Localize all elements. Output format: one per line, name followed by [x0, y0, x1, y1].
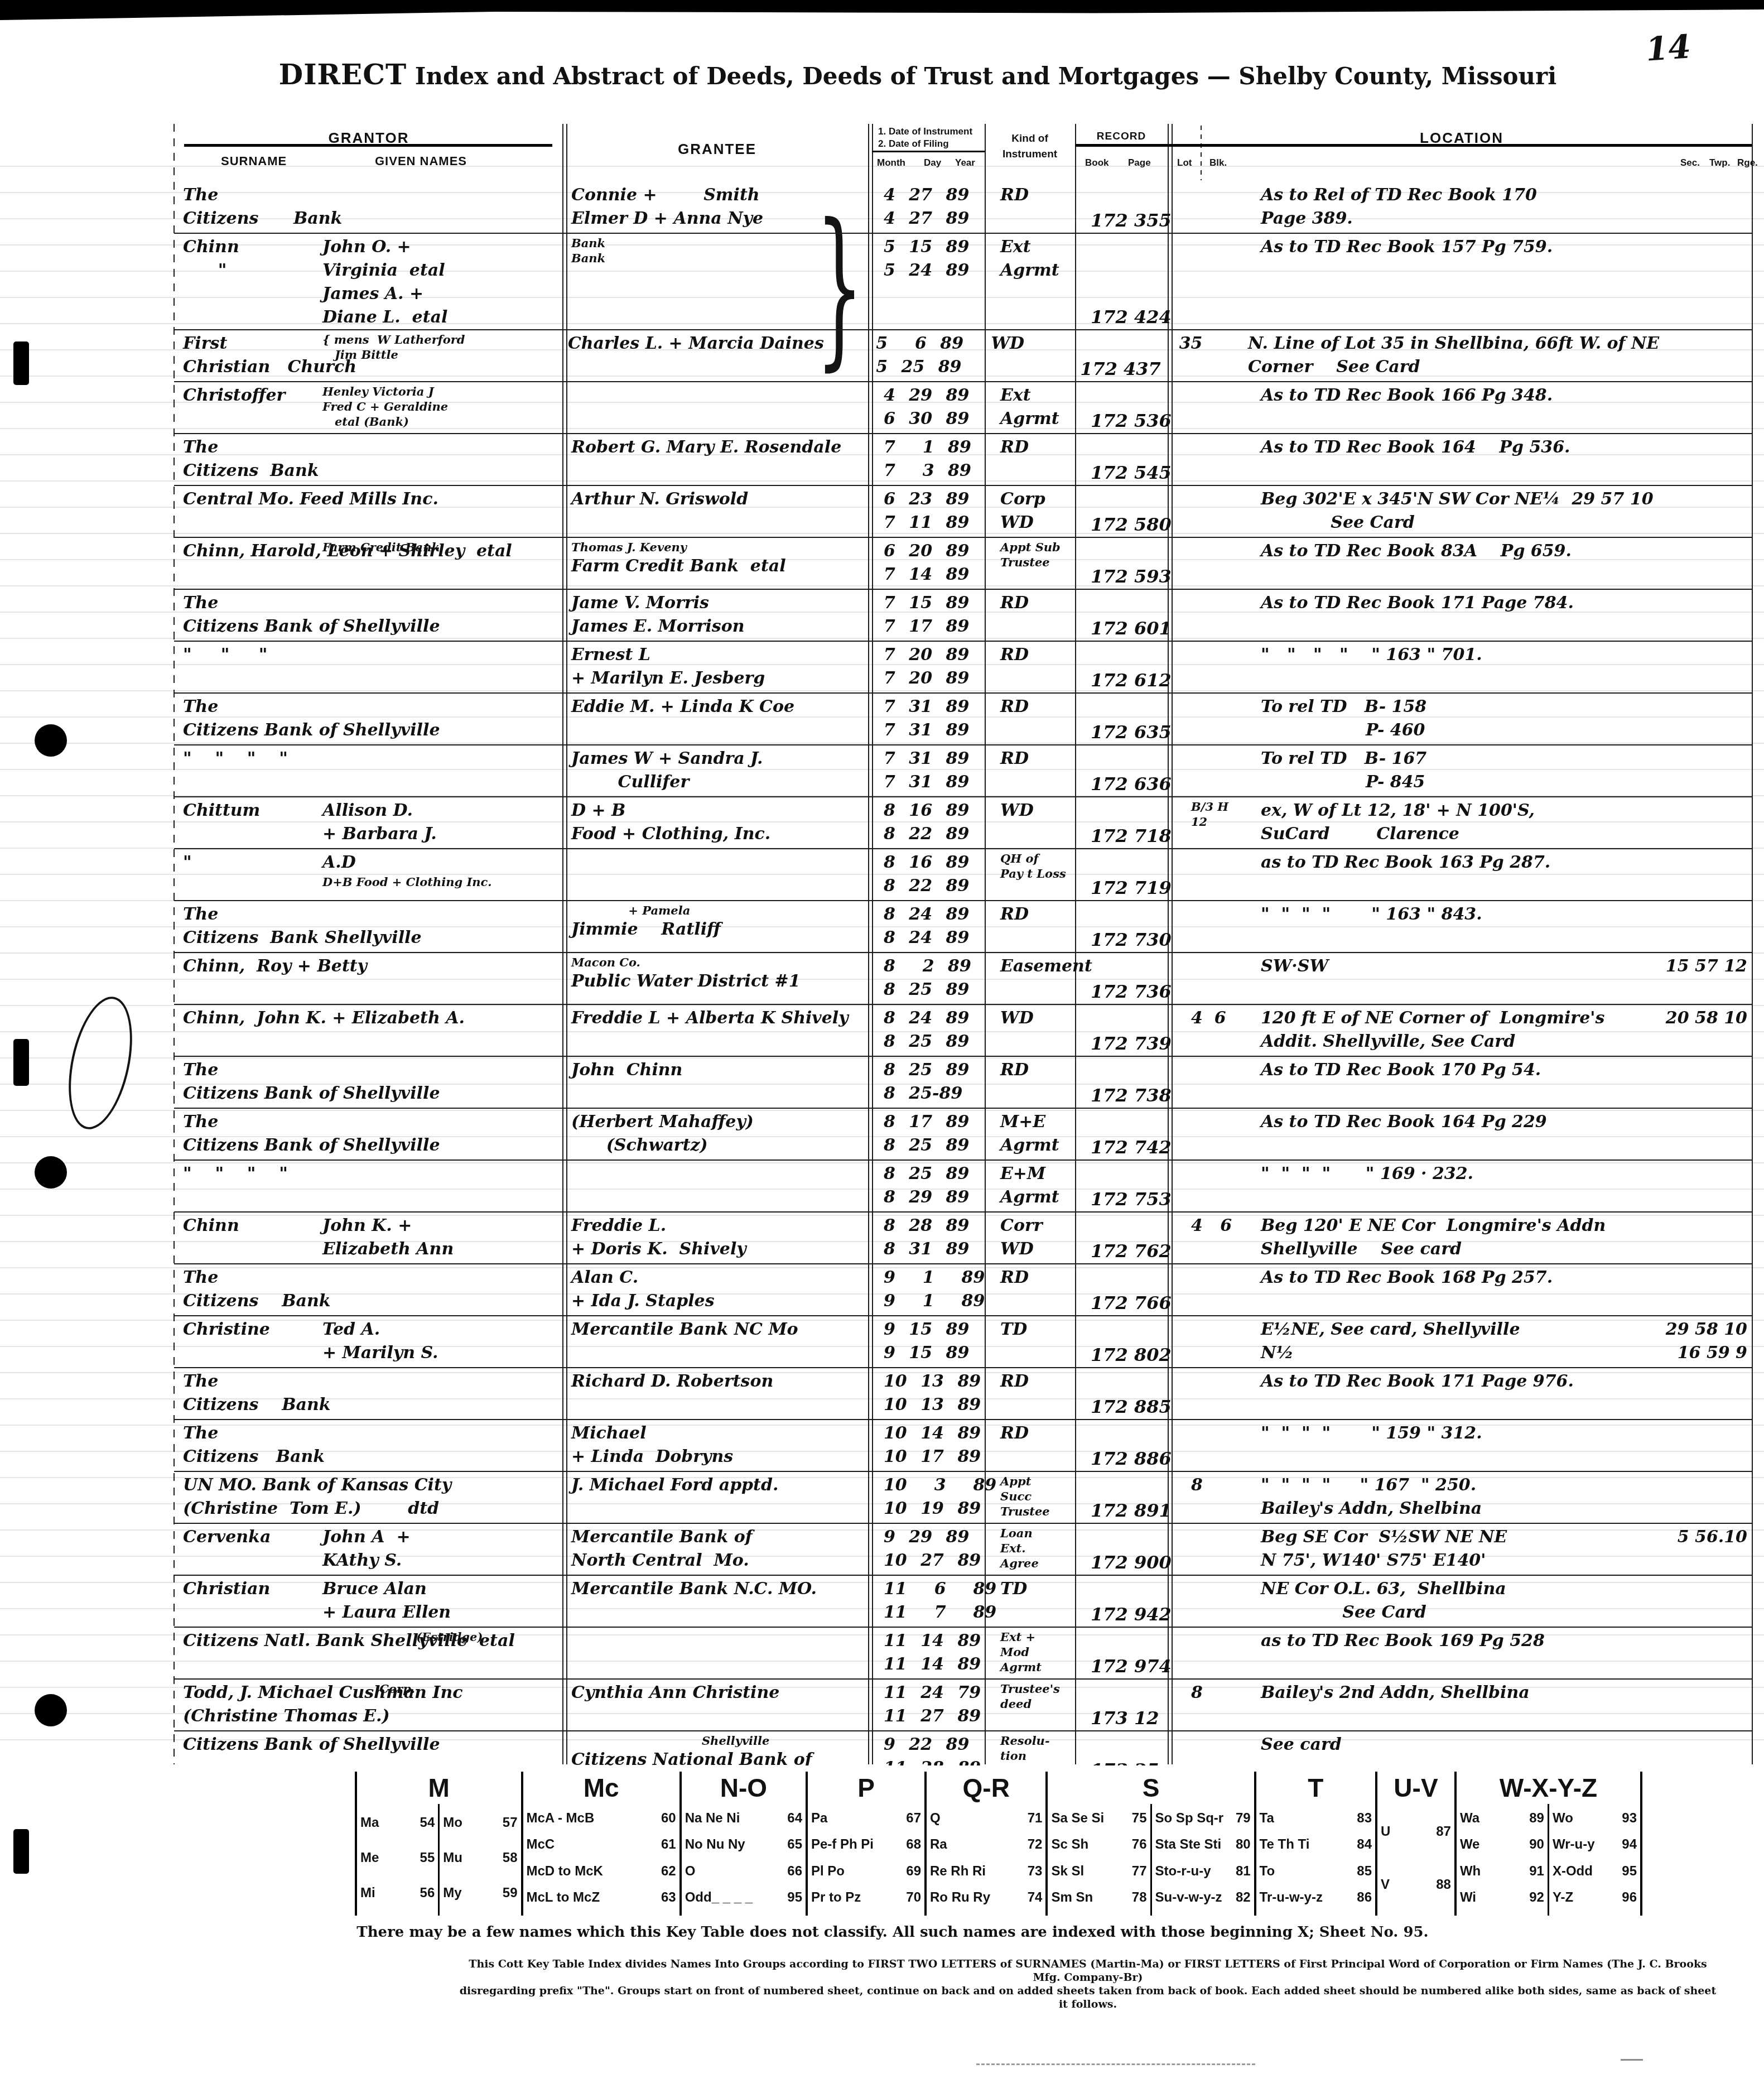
handwritten-line: RD: [1000, 184, 1091, 207]
entry-gr-cell: Freddie L + Alberta K Shively: [568, 1007, 877, 1056]
entry-sur-cell: Chittum: [174, 799, 322, 848]
entry-bk-cell: 172 730: [1091, 903, 1185, 952]
entry-kd-cell: Resolu-tion: [998, 1733, 1091, 1765]
entry-gr-cell: (Herbert Mahaffey) (Schwartz): [568, 1110, 877, 1160]
handwritten-line: 9 29 89: [884, 1526, 998, 1549]
key-range-label: Y-Z: [1553, 1890, 1573, 1906]
key-range-label: Wh: [1460, 1864, 1481, 1879]
handwritten-line: Macon Co.: [571, 955, 877, 970]
ledger-entry: Central Mo. Feed Mills Inc.Arthur N. Gri…: [174, 486, 1752, 538]
handwritten-line: + Barbara J.: [322, 822, 568, 846]
record-book-page: 172 355: [1091, 209, 1172, 232]
entry-lot-cell: [1185, 1629, 1261, 1678]
entry-bk-cell: 172 536: [1091, 384, 1185, 433]
record-book-page: 172 719: [1091, 877, 1172, 899]
key-range-row: Sc Sh76: [1051, 1837, 1146, 1853]
key-group-N-O: N-ONa Ne Ni64No Nu Ny65O66Odd_ _ _ _95: [679, 1772, 806, 1916]
entry-dt-cell: 8 25 898 25-89: [877, 1059, 998, 1108]
entry-giv-cell: [322, 695, 568, 744]
handwritten-line: As to TD Rec Book 157 Pg 759.: [1261, 235, 1658, 259]
handwritten-line: Citizens Bank: [183, 459, 322, 483]
key-range-row: Wa89: [1460, 1811, 1544, 1826]
handwritten-line: Cullifer: [571, 771, 877, 794]
handwritten-line: + Doris K. Shively: [571, 1238, 877, 1261]
handwritten-line: 8 2 89: [884, 955, 998, 978]
key-subcolumn: McA - McB60McC61McD to McK62McL to McZ63: [523, 1804, 679, 1916]
entry-kd-cell: RD: [998, 1370, 1091, 1419]
key-sheet-number: 79: [1236, 1811, 1251, 1826]
entry-gr-cell: James W + Sandra J. Cullifer: [568, 747, 877, 796]
entry-sur-cell: TheCitizens Bank Shellyville: [174, 903, 322, 952]
title-direct: DIRECT: [279, 58, 407, 91]
ledger-entry: ChristineTed A.+ Marilyn S.Mercantile Ba…: [174, 1316, 1752, 1368]
handwritten-line: WD: [1000, 1007, 1091, 1030]
fine-print-line2: disregarding prefix "The". Groups start …: [457, 1984, 1718, 2011]
handwritten-line: Ernest L: [571, 643, 877, 667]
col-header-given-names: GIVEN NAMES: [375, 154, 467, 169]
handwritten-line: 4 27 89: [884, 207, 998, 230]
key-group-S: SSa Se Si75Sc Sh76Sk Sl77Sm Sn78So Sp Sq…: [1045, 1772, 1254, 1916]
entry-loc-cell: " " " " " 163 " 701.: [1261, 643, 1658, 692]
entry-loc-cell: To rel TD B- 167 P- 845: [1261, 747, 1658, 796]
ledger-entry: " " " "8 25 898 29 89E+MAgrmt172 753" " …: [174, 1161, 1752, 1213]
key-sheet-number: 95: [1622, 1864, 1637, 1879]
handwritten-line: 8 25 89: [884, 978, 998, 1002]
handwritten-line: QH of: [1000, 851, 1091, 866]
entry-kd-cell: RD: [998, 695, 1091, 744]
entry-giv-cell: [322, 1110, 568, 1160]
handwritten-line: D + B: [571, 799, 877, 822]
key-range-row: Wo93: [1553, 1811, 1637, 1826]
entry-lot-cell: [1185, 591, 1261, 641]
key-range-row: Wi92: [1460, 1890, 1544, 1906]
entry-dt-cell: 4 29 896 30 89: [877, 384, 998, 433]
handwritten-line: Ext: [1000, 235, 1091, 259]
entry-bk-cell: 172 736: [1091, 955, 1185, 1004]
entry-sur-cell: TheCitizens Bank: [174, 1370, 322, 1419]
key-group-body: Pa67Pe-f Ph Pi68Pl Po69Pr to Pz70: [808, 1804, 924, 1916]
key-range-label: X-Odd: [1553, 1864, 1593, 1879]
ledger-entry: ChinnJohn K. +Elizabeth AnnFreddie L.+ D…: [174, 1213, 1752, 1264]
entry-gr-cell: Eddie M. + Linda K Coe: [568, 695, 877, 744]
handwritten-line: 8 16 89: [884, 851, 998, 874]
key-sheet-number: 75: [1132, 1811, 1147, 1826]
key-group-title: S: [1048, 1772, 1254, 1804]
handwritten-line: Appt: [1000, 1474, 1091, 1489]
entry-sur-cell: " " " ": [174, 1162, 322, 1211]
key-range-label: McD to McK: [527, 1864, 603, 1879]
entry-gr-cell: + PamelaJimmie Ratliff: [568, 903, 877, 952]
key-sheet-number: 65: [787, 1837, 802, 1853]
entry-bk-cell: 172 601: [1091, 591, 1185, 641]
handwritten-line: Mercantile Bank N.C. MO.: [571, 1577, 877, 1601]
handwritten-line: Christoffer: [183, 384, 322, 407]
ledger-rows: TheCitizens BankConnie + SmithElmer D + …: [174, 182, 1752, 1765]
entry-bk-cell: 173 12: [1091, 1681, 1185, 1730]
handwritten-line: James A. +: [322, 282, 568, 306]
key-sheet-number: 63: [661, 1890, 676, 1906]
key-range-row: O66: [685, 1864, 802, 1879]
handwritten-line: To rel TD B- 158: [1261, 695, 1658, 719]
key-range-row: McL to McZ63: [527, 1890, 676, 1906]
entry-sur-cell: UN MO. Bank of Kansas City(Christine Tom…: [174, 1474, 322, 1523]
entry-sec-cell: [1658, 1266, 1752, 1315]
key-sheet-number: 89: [1529, 1811, 1544, 1826]
handwritten-line: Arthur N. Griswold: [571, 488, 877, 511]
handwritten-line: Appt Sub: [1000, 540, 1091, 555]
handwritten-line: Citizens Bank of Shellyville: [183, 1733, 322, 1757]
entry-dt-cell: 11 24 7911 27 89: [877, 1681, 998, 1730]
handwritten-line: Jimmie Ratliff: [571, 918, 877, 941]
handwritten-line: 10 13 89: [884, 1393, 998, 1417]
key-range-label: Sk Sl: [1051, 1864, 1084, 1879]
key-group-title: Q-R: [927, 1772, 1045, 1804]
entry-kd-cell: Appt SubTrustee: [998, 540, 1091, 589]
entry-sur-cell: Citizens Natl. Bank Shellyville etal: [174, 1629, 322, 1678]
handwritten-line: 10 3 89: [884, 1474, 998, 1497]
entry-sur-cell: " " " ": [174, 747, 322, 796]
key-sheet-number: 87: [1436, 1824, 1451, 1840]
entry-dt-cell: 6 23 897 11 89: [877, 488, 998, 537]
handwritten-line: TD: [1000, 1577, 1091, 1601]
key-range-label: Wr-u-y: [1553, 1837, 1595, 1853]
handwritten-line: Diane L. etal: [322, 306, 568, 329]
handwritten-line: Charles L. + Marcia Daines: [568, 332, 869, 355]
handwritten-line: 9 15 89: [884, 1318, 998, 1341]
entry-sur-cell: Christoffer: [174, 384, 322, 433]
entry-dt-cell: 9 29 8910 27 89: [877, 1526, 998, 1575]
handwritten-line: Public Water District #1: [571, 970, 877, 993]
entry-dt-cell: 5 6 895 25 89: [869, 332, 989, 381]
key-range-label: Mu: [443, 1850, 462, 1866]
handwritten-line: John O. +: [322, 235, 568, 259]
ledger-entry: ChristofferHenley Victoria JFred C + Ger…: [174, 382, 1752, 434]
entry-lot-cell: 4 6: [1185, 1214, 1261, 1263]
entry-bk-cell: 172 545: [1091, 436, 1185, 485]
key-sheet-number: 68: [906, 1837, 921, 1853]
key-range-row: Ra72: [930, 1837, 1042, 1853]
key-sheet-number: 83: [1357, 1811, 1372, 1826]
record-book-page: 172 424: [1091, 306, 1172, 328]
handwritten-line: Agree: [1000, 1556, 1091, 1571]
handwritten-line: Jim Bittle: [322, 347, 565, 362]
key-range-row: Q71: [930, 1811, 1042, 1826]
entry-bk-cell: 172 738: [1091, 1059, 1185, 1108]
handwritten-line: " " " " " 167 " 250.: [1261, 1474, 1658, 1497]
entry-loc-cell: " " " " " 169 · 232.: [1261, 1162, 1658, 1211]
handwritten-line: Henley Victoria J: [322, 384, 568, 399]
handwritten-line: 7 31 89: [884, 695, 998, 719]
entry-kd-cell: CorpWD: [998, 488, 1091, 537]
key-range-label: Sta Ste Sti: [1155, 1837, 1222, 1853]
entry-dt-cell: 7 31 897 31 89: [877, 747, 998, 796]
entry-sec-cell: 20 58 10: [1658, 1007, 1752, 1056]
handwritten-line: Citizens Bank of Shellyville: [183, 1082, 322, 1105]
key-sheet-number: 58: [503, 1850, 518, 1866]
handwritten-line: Beg 120' E NE Cor Longmire's Addn: [1261, 1214, 1658, 1238]
handwritten-line: Agrmt: [1000, 1186, 1091, 1209]
record-book-page: 172 736: [1091, 980, 1172, 1003]
handwritten-line: Central Mo. Feed Mills Inc.: [183, 488, 322, 511]
col-header-lot: Lot: [1177, 157, 1192, 169]
entry-dt-cell: 8 16 898 22 89: [877, 851, 998, 900]
key-range-label: Mo: [443, 1815, 462, 1831]
handwritten-line: NE Cor O.L. 63, Shellbina: [1261, 1577, 1658, 1601]
handwritten-line: RD: [1000, 747, 1091, 771]
entry-kd-cell: Ext +ModAgrmt: [998, 1629, 1091, 1678]
entry-loc-cell: " " " " " 163 " 843.: [1261, 903, 1658, 952]
handwritten-line: Corner See Card: [1248, 355, 1659, 379]
handwritten-line: etal (Bank): [322, 414, 568, 429]
fine-print: This Cott Key Table Index divides Names …: [457, 1957, 1718, 2011]
handwritten-line: 9 1 89: [884, 1266, 998, 1290]
key-range-row: Te Th Ti84: [1260, 1837, 1372, 1853]
key-sheet-number: 54: [420, 1815, 435, 1831]
key-range-row: Pl Po69: [811, 1864, 921, 1879]
entry-giv-cell: [322, 436, 568, 485]
entry-sec-cell: [1658, 851, 1752, 900]
entry-sur-cell: TheCitizens Bank: [174, 1266, 322, 1315]
entry-sur-cell: TheCitizens Bank of Shellyville: [174, 591, 322, 641]
handwritten-line: As to TD Rec Book 168 Pg 257.: [1261, 1266, 1658, 1290]
entry-giv-cell: Henley Victoria JFred C + Geraldine etal…: [322, 384, 568, 433]
entry-bk-cell: 172 739: [1091, 1007, 1185, 1056]
key-group-body: Na Ne Ni64No Nu Ny65O66Odd_ _ _ _95: [682, 1804, 806, 1916]
entry-sec-cell: [1658, 540, 1752, 589]
handwritten-line: Christian: [183, 1577, 322, 1601]
entry-bk-cell: 172 612: [1091, 643, 1185, 692]
col-header-blk: Blk.: [1209, 157, 1227, 169]
handwritten-line: + Marilyn S.: [322, 1341, 568, 1365]
entry-giv-cell: [322, 1370, 568, 1419]
key-range-row: McD to McK62: [527, 1864, 676, 1879]
entry-gr-cell: Jame V. MorrisJames E. Morrison: [568, 591, 877, 641]
entry-dt-cell: 6 20 897 14 89: [877, 540, 998, 589]
entry-gr-cell: Michael+ Linda Dobryns: [568, 1422, 877, 1471]
entry-sec-cell: [1658, 1681, 1752, 1730]
ledger-entry: Chinn, Harold, Leon + Shirley etalFarm C…: [174, 538, 1752, 590]
entry-dt-cell: 9 1 899 1 89: [877, 1266, 998, 1315]
handwritten-line: 8 17 89: [884, 1110, 998, 1134]
key-group-body: Wa89We90Wh91Wi92Wo93Wr-u-y94X-Odd95Y-Z96: [1457, 1804, 1640, 1916]
handwritten-line: The: [183, 1059, 322, 1082]
entry-lot-cell: [1185, 1526, 1261, 1575]
handwritten-line: + Laura Ellen: [322, 1601, 568, 1624]
entry-gr-cell: ShellyvilleCitizens National Bank of: [568, 1733, 877, 1765]
entry-gr-cell: BankBank: [568, 235, 877, 329]
entry-bk-cell: 172 437: [1080, 332, 1174, 381]
title-rest: Index and Abstract of Deeds, Deeds of Tr…: [407, 62, 1556, 90]
key-range-row: U87: [1381, 1824, 1451, 1840]
entry-gr-cell: Ernest L+ Marilyn E. Jesberg: [568, 643, 877, 692]
binder-mark: [13, 1829, 29, 1874]
handwritten-line: " " " ": [183, 1162, 322, 1186]
key-range-label: Sa Se Si: [1051, 1811, 1104, 1826]
entry-loc-cell: As to Rel of TD Rec Book 170Page 389.: [1261, 184, 1658, 233]
key-subcolumn: Ma54Me55Mi56: [357, 1804, 438, 1916]
entry-lot-cell: [1185, 184, 1261, 233]
handwritten-line: 4 6: [1191, 1214, 1261, 1238]
entry-lot-cell: 4 6: [1185, 1007, 1261, 1056]
key-range-label: We: [1460, 1837, 1480, 1853]
entry-loc-cell: as to TD Rec Book 163 Pg 287.: [1261, 851, 1658, 900]
entry-lot-cell: [1185, 643, 1261, 692]
entry-lot-cell: [1185, 488, 1261, 537]
entry-sec-cell: [1658, 1214, 1752, 1263]
handwritten-line: Agrmt: [1000, 1134, 1091, 1157]
header-underline: [872, 151, 985, 152]
handwritten-line: Freddie L + Alberta K Shively: [571, 1007, 877, 1030]
entry-sur-cell: TheCitizens Bank: [174, 184, 322, 233]
handwritten-line: N 75', W140' S75' E140': [1261, 1549, 1658, 1572]
handwritten-line: 4 6: [1191, 1007, 1261, 1030]
entry-sec-cell: [1658, 184, 1752, 233]
col-header-grantee: GRANTEE: [566, 141, 868, 158]
entry-gr-cell: D + BFood + Clothing, Inc.: [568, 799, 877, 848]
handwritten-line: Bailey's Addn, Shelbina: [1261, 1497, 1658, 1521]
entry-lot-cell: 35: [1174, 332, 1248, 381]
entry-gr-cell: Charles L. + Marcia Daines: [565, 332, 869, 381]
entry-kd-cell: E+MAgrmt: [998, 1162, 1091, 1211]
entry-kd-cell: RD: [998, 436, 1091, 485]
key-subcolumn: So Sp Sq-r79Sta Ste Sti80Sto-r-u-y81Su-v…: [1150, 1804, 1254, 1916]
entry-loc-cell: As to TD Rec Book 171 Page 784.: [1261, 591, 1658, 641]
handwritten-line: 7 11 89: [884, 511, 998, 535]
key-range-row: Sta Ste Sti80: [1155, 1837, 1251, 1853]
entry-bk-cell: 172 718: [1091, 799, 1185, 848]
record-book-page: 172 886: [1091, 1447, 1172, 1470]
entry-giv-cell: [322, 1733, 568, 1765]
handwritten-line: Christine: [183, 1318, 322, 1341]
handwritten-line: 8 22 89: [884, 874, 998, 898]
key-range-row: Pr to Pz70: [811, 1890, 921, 1906]
entry-lot-cell: [1185, 436, 1261, 485]
key-range-row: Me55: [360, 1850, 435, 1866]
entry-dt-cell: 7 15 897 17 89: [877, 591, 998, 641]
key-range-label: So Sp Sq-r: [1155, 1811, 1224, 1826]
entry-sec-cell: [1658, 436, 1752, 485]
key-group-title: W-X-Y-Z: [1457, 1772, 1640, 1804]
key-group-Mc: McMcA - McB60McC61McD to McK62McL to McZ…: [521, 1772, 679, 1916]
key-range-label: Ma: [360, 1815, 379, 1831]
record-book-page: 172 718: [1091, 825, 1172, 847]
entry-sec-cell: [1658, 488, 1752, 537]
handwritten-line: Christian Church: [183, 355, 322, 379]
key-range-row: Sm Sn78: [1051, 1890, 1146, 1906]
entry-dt-cell: 9 15 899 15 89: [877, 1318, 998, 1367]
key-sheet-number: 96: [1622, 1890, 1637, 1906]
ledger-entry: " " "Ernest L+ Marilyn E. Jesberg7 20 89…: [174, 642, 1752, 694]
entry-sur-cell: Cervenka: [174, 1526, 322, 1575]
ledger-entry: Citizens Natl. Bank Shellyville etal (Es…: [174, 1628, 1752, 1680]
handwritten-line: RD: [1000, 1266, 1091, 1290]
key-sheet-number: 78: [1132, 1890, 1147, 1906]
entry-sur-cell: TheCitizens Bank: [174, 436, 322, 485]
key-range-row: McA - McB60: [527, 1811, 676, 1826]
key-range-label: Mi: [360, 1885, 375, 1901]
entry-lot-cell: [1185, 1422, 1261, 1471]
entry-sec-cell: [1658, 1577, 1752, 1627]
key-range-row: V88: [1381, 1877, 1451, 1893]
handwritten-line: RD: [1000, 643, 1091, 667]
entry-sec-cell: [1658, 747, 1752, 796]
record-book-page: 173 12: [1091, 1707, 1159, 1729]
entry-sur-cell: ": [174, 851, 322, 900]
entry-kd-cell: QH ofPay t Loss: [998, 851, 1091, 900]
key-subcolumn: Ta83Te Th Ti84To85Tr-u-w-y-z86: [1256, 1804, 1375, 1916]
entry-kd-cell: ExtAgrmt: [998, 235, 1091, 329]
handwritten-line: RD: [1000, 436, 1091, 459]
handwritten-line: As to TD Rec Book 164 Pg 536.: [1261, 436, 1658, 459]
key-group-body: Sa Se Si75Sc Sh76Sk Sl77Sm Sn78So Sp Sq-…: [1048, 1804, 1254, 1916]
handwritten-line: (Estridge): [322, 1629, 568, 1644]
handwritten-line: The: [183, 591, 322, 615]
key-group-body: Ta83Te Th Ti84To85Tr-u-w-y-z86: [1256, 1804, 1375, 1916]
record-book-page: 172 580: [1091, 513, 1172, 536]
entry-gr-cell: Richard D. Robertson: [568, 1370, 877, 1419]
entry-bk-cell: 172 753: [1091, 1162, 1185, 1211]
key-group-W-X-Y-Z: W-X-Y-ZWa89We90Wh91Wi92Wo93Wr-u-y94X-Odd…: [1454, 1772, 1642, 1916]
handwritten-line: As to TD Rec Book 171 Page 976.: [1261, 1370, 1658, 1393]
key-range-row: X-Odd95: [1553, 1864, 1637, 1879]
record-book-page: 172 891: [1091, 1499, 1172, 1522]
handwritten-line: 16 59 9: [1658, 1341, 1747, 1365]
handwritten-line: Agrmt: [1000, 1659, 1091, 1675]
handwritten-line: (Herbert Mahaffey): [571, 1110, 877, 1134]
col-header-surname: SURNAME: [221, 154, 287, 169]
entry-giv-cell: [322, 488, 568, 537]
key-subcolumn: Sa Se Si75Sc Sh76Sk Sl77Sm Sn78: [1048, 1804, 1150, 1916]
col-header-book: Book: [1085, 157, 1109, 169]
handwritten-line: Chittum: [183, 799, 322, 822]
handwritten-line: Agrmt: [1000, 407, 1091, 431]
entry-dt-cell: 4 27 894 27 89: [877, 184, 998, 233]
key-range-label: Odd_ _ _ _: [685, 1890, 753, 1906]
entry-lot-cell: 8: [1185, 1681, 1261, 1730]
entry-loc-cell: E½NE, See card, ShellyvilleN½: [1261, 1318, 1658, 1367]
key-sheet-number: 60: [661, 1811, 676, 1826]
key-range-label: My: [443, 1885, 461, 1901]
entry-giv-cell: [322, 591, 568, 641]
entry-lot-cell: [1185, 695, 1261, 744]
handwritten-line: Trustee's: [1000, 1681, 1091, 1696]
key-range-row: Wr-u-y94: [1553, 1837, 1637, 1853]
entry-loc-cell: Beg SE Cor S½SW NE NEN 75', W140' S75' E…: [1261, 1526, 1658, 1575]
key-sheet-number: 82: [1236, 1890, 1251, 1906]
handwritten-line: SW·SW: [1261, 955, 1658, 978]
handwritten-line: Ted A.: [322, 1318, 568, 1341]
entry-loc-cell: " " " " " 167 " 250.Bailey's Addn, Shelb…: [1261, 1474, 1658, 1523]
record-book-page: 172 738: [1091, 1084, 1172, 1106]
handwritten-line: Shellyville See card: [1261, 1238, 1658, 1261]
entry-kd-cell: CorrWD: [998, 1214, 1091, 1263]
handwritten-line: 5 6 89: [876, 332, 989, 355]
handwritten-line: Succ: [1000, 1489, 1091, 1504]
key-range-row: Ta83: [1260, 1811, 1372, 1826]
entry-giv-cell: [322, 747, 568, 796]
hole-punch-mark: [35, 1694, 67, 1726]
key-sheet-number: 71: [1028, 1811, 1043, 1826]
entry-sur-cell: Central Mo. Feed Mills Inc.: [174, 488, 322, 537]
entry-dt-cell: 8 28 898 31 89: [877, 1214, 998, 1263]
handwritten-line: RD: [1000, 1059, 1091, 1082]
record-book-page: 172 942: [1091, 1603, 1172, 1625]
entry-giv-cell: [322, 184, 568, 233]
key-sheet-number: 73: [1028, 1864, 1043, 1879]
key-sheet-number: 55: [420, 1850, 435, 1866]
entry-loc-cell: As to TD Rec Book 164 Pg 536.: [1261, 436, 1658, 485]
entry-sec-cell: [1658, 1370, 1752, 1419]
